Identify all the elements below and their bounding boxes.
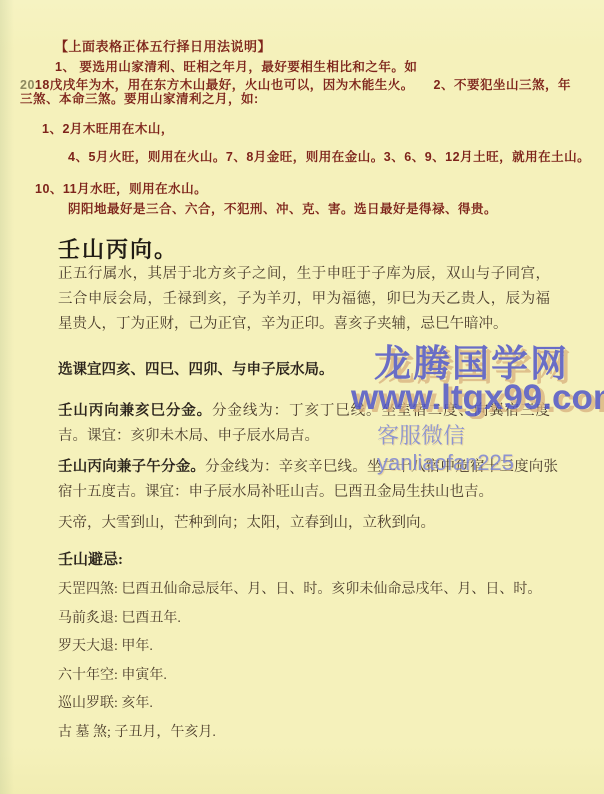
- fenjin-hai-si-paragraph: 壬山丙向兼亥巳分金。分金线为：丁亥丁巳线。坐室宿二度、向翼宿三度吉。课宜：亥卯未…: [58, 399, 550, 449]
- section-title: 壬山丙向。: [58, 233, 178, 264]
- watermark-site-name: 龙腾国学网: [374, 333, 569, 387]
- selection-rule: 选课宜四亥、四巳、四卯、与申子辰水局。: [58, 358, 334, 383]
- avoid-item-gumu: 古 墓 煞; 子丑月，午亥月.: [58, 721, 541, 741]
- month-rule-water: 10、11月水旺，则用在水山。: [35, 179, 207, 197]
- document-page: 【上面表格正体五行择日用法说明】 1、 要选用山家清利、旺相之年月，最好要相生相…: [0, 0, 604, 794]
- avoid-item-tiangang: 天罡四煞: 巳酉丑仙命忌辰年、月、日、时。亥卯未仙命忌戌年、月、日、时。: [58, 578, 541, 598]
- intro-line-1: 1、 要选用山家清利、旺相之年月，最好要相生相比和之年。如: [55, 57, 417, 75]
- month-rule-fire-metal-earth: 4、5月火旺，则用在火山。7、8月金旺，则用在金山。3、6、9、12月土旺，就用…: [68, 147, 590, 165]
- fenjin-zi-wu-title: 壬山丙向兼子午分金。: [58, 459, 205, 475]
- fenjin-zi-wu-paragraph: 壬山丙向兼子午分金。分金线为：辛亥辛巳线。坐二十八宿中危宿十三度向张宿十五度吉。…: [58, 455, 558, 505]
- fenjin-hai-si-title: 壬山丙向兼亥巳分金。: [58, 403, 212, 419]
- yin-yang-rule: 阴阳地最好是三合、六合，不犯刑、冲、克、害。选日最好是得禄、得贵。: [68, 199, 497, 217]
- intro-line-3: 三煞、本命三煞。要用山家清利之月，如:: [20, 89, 259, 107]
- avoid-title: 壬山避忌:: [58, 548, 123, 573]
- section-body: 正五行属水，其居于北方亥子之间，生于申旺于子库为辰，双山与子同宫，三合申辰会局，…: [58, 262, 550, 337]
- avoid-list: 天罡四煞: 巳酉丑仙命忌辰年、月、日、时。亥卯未仙命忌戌年、月、日、时。 马前炙…: [58, 578, 541, 749]
- avoid-item-xunshan: 巡山罗联: 亥年.: [58, 692, 541, 712]
- tiandi-line: 天帝，大雪到山，芒种到向；太阳，立春到山，立秋到向。: [58, 511, 435, 536]
- avoid-item-luotian: 罗天大退: 甲年.: [58, 635, 541, 655]
- month-rule-wood: 1、2月木旺用在木山，: [42, 119, 174, 137]
- avoid-item-maqian: 马前炙退: 巳酉丑年.: [58, 607, 541, 627]
- avoid-item-liushi: 六十年空: 申寅年.: [58, 664, 541, 684]
- intro-heading: 【上面表格正体五行择日用法说明】: [55, 36, 271, 55]
